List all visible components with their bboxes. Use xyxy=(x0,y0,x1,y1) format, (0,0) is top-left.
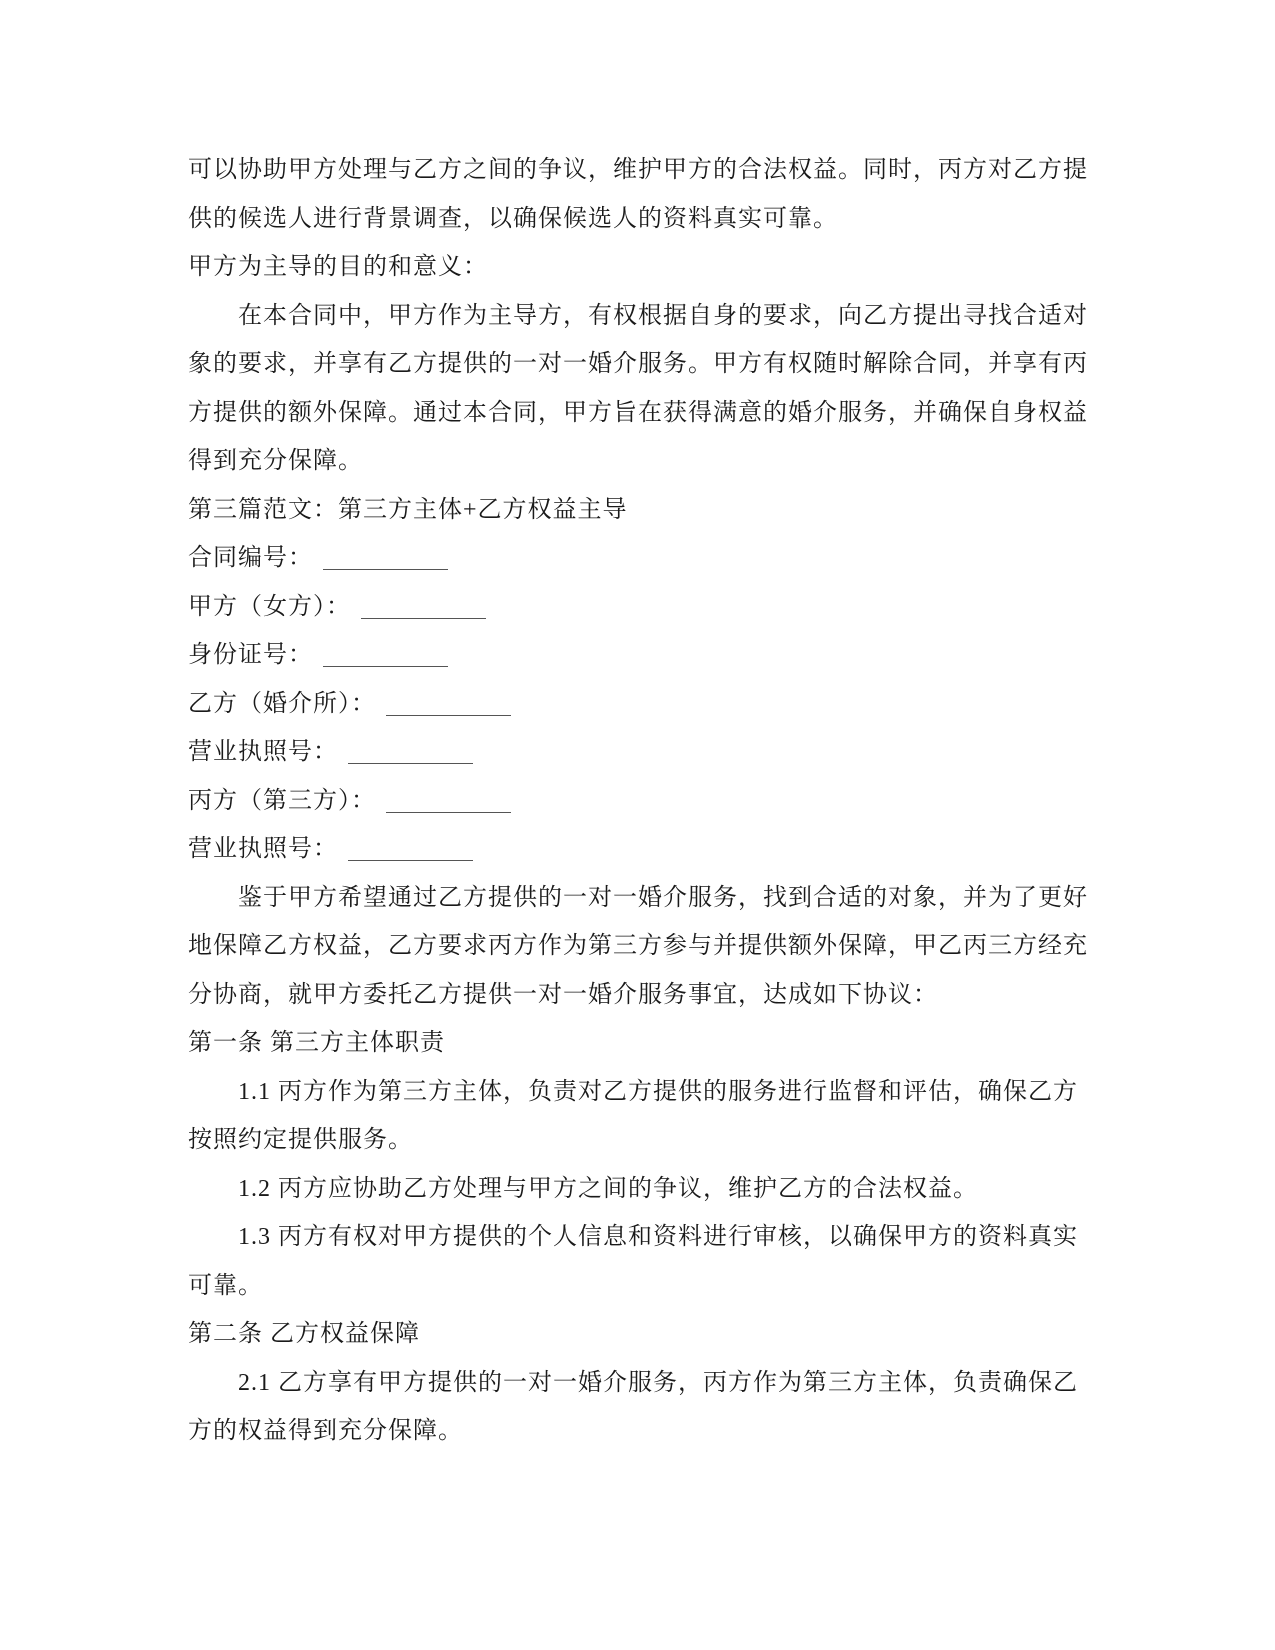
form-field-line: 丙方（第三方）： xyxy=(188,777,1089,826)
text-line: 1.1 丙方作为第三方主体，负责对乙方提供的服务进行监督和评估，确保乙方 xyxy=(188,1068,1089,1117)
text-line: 得到充分保障。 xyxy=(188,437,1089,486)
blank-underline xyxy=(386,792,511,813)
text-line: 按照约定提供服务。 xyxy=(188,1116,1089,1165)
blank-underline xyxy=(386,695,511,716)
text-line: 分协商，就甲方委托乙方提供一对一婚介服务事宜，达成如下协议： xyxy=(188,971,1089,1020)
text-line: 第一条 第三方主体职责 xyxy=(188,1019,1089,1068)
text-line: 地保障乙方权益，乙方要求丙方作为第三方参与并提供额外保障，甲乙丙三方经充 xyxy=(188,922,1089,971)
text-line: 在本合同中，甲方作为主导方，有权根据自身的要求，向乙方提出寻找合适对 xyxy=(188,292,1089,341)
contract-text: 可以协助甲方处理与乙方之间的争议，维护甲方的合法权益。同时，丙方对乙方提供的候选… xyxy=(188,146,1089,1456)
blank-underline xyxy=(348,840,473,861)
form-field-line: 乙方（婚介所）： xyxy=(188,680,1089,729)
text-line: 1.2 丙方应协助乙方处理与甲方之间的争议，维护乙方的合法权益。 xyxy=(188,1165,1089,1214)
blank-underline xyxy=(361,598,486,619)
text-line: 1.3 丙方有权对甲方提供的个人信息和资料进行审核，以确保甲方的资料真实 xyxy=(188,1213,1089,1262)
text-line: 甲方为主导的目的和意义： xyxy=(188,243,1089,292)
text-line: 方提供的额外保障。通过本合同，甲方旨在获得满意的婚介服务，并确保自身权益 xyxy=(188,389,1089,438)
text-line: 第三篇范文：第三方主体+乙方权益主导 xyxy=(188,486,1089,535)
text-line: 可以协助甲方处理与乙方之间的争议，维护甲方的合法权益。同时，丙方对乙方提 xyxy=(188,146,1089,195)
form-field-line: 甲方（女方）： xyxy=(188,583,1089,632)
text-line: 2.1 乙方享有甲方提供的一对一婚介服务，丙方作为第三方主体，负责确保乙 xyxy=(188,1359,1089,1408)
text-line: 象的要求，并享有乙方提供的一对一婚介服务。甲方有权随时解除合同，并享有丙 xyxy=(188,340,1089,389)
document-page: 可以协助甲方处理与乙方之间的争议，维护甲方的合法权益。同时，丙方对乙方提供的候选… xyxy=(0,0,1275,1650)
text-line: 鉴于甲方希望通过乙方提供的一对一婚介服务，找到合适的对象，并为了更好 xyxy=(188,874,1089,923)
form-field-line: 合同编号： xyxy=(188,534,1089,583)
blank-underline xyxy=(323,549,448,570)
text-line: 供的候选人进行背景调查，以确保候选人的资料真实可靠。 xyxy=(188,195,1089,244)
form-field-line: 营业执照号： xyxy=(188,825,1089,874)
blank-underline xyxy=(323,646,448,667)
form-field-line: 身份证号： xyxy=(188,631,1089,680)
text-line: 方的权益得到充分保障。 xyxy=(188,1407,1089,1456)
form-field-line: 营业执照号： xyxy=(188,728,1089,777)
text-line: 第二条 乙方权益保障 xyxy=(188,1310,1089,1359)
blank-underline xyxy=(348,743,473,764)
text-line: 可靠。 xyxy=(188,1262,1089,1311)
